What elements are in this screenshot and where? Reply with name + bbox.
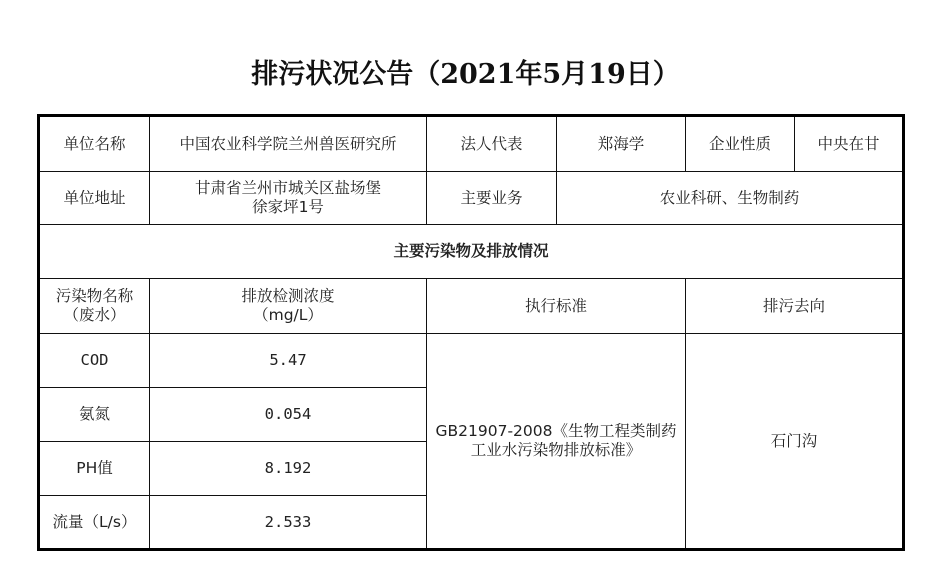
- pollutant-name: 氨氮: [39, 388, 150, 442]
- discharge-report-table: 单位名称 中国农业科学院兰州兽医研究所 法人代表 郑海学 企业性质 中央在甘 单…: [37, 114, 905, 551]
- address-row: 单位地址 甘肃省兰州市城关区盐场堡 徐家坪1号 主要业务 农业科研、生物制药: [39, 172, 904, 225]
- pollutant-value: 8.192: [150, 442, 427, 496]
- pollutant-value: 0.054: [150, 388, 427, 442]
- discharge-destination: 石门沟: [686, 334, 904, 550]
- unit-name-label: 单位名称: [39, 116, 150, 172]
- header-pollutant-name: 污染物名称 （废水）: [39, 279, 150, 334]
- pollutant-value: 5.47: [150, 334, 427, 388]
- enterprise-type-value: 中央在甘: [795, 116, 904, 172]
- legal-rep-value: 郑海学: [557, 116, 686, 172]
- pollutant-name: PH值: [39, 442, 150, 496]
- main-business-label: 主要业务: [427, 172, 557, 225]
- unit-name-value: 中国农业科学院兰州兽医研究所: [150, 116, 427, 172]
- legal-rep-label: 法人代表: [427, 116, 557, 172]
- header-concentration: 排放检测浓度 （mg/L）: [150, 279, 427, 334]
- address-label: 单位地址: [39, 172, 150, 225]
- page-title: 排污状况公告（2021年5月19日）: [0, 52, 931, 91]
- table-row: COD 5.47 GB21907-2008《生物工程类制药 工业水污染物排放标准…: [39, 334, 904, 388]
- header-standard: 执行标准: [427, 279, 686, 334]
- pollutant-header-row: 污染物名称 （废水） 排放检测浓度 （mg/L） 执行标准 排污去向: [39, 279, 904, 334]
- main-business-value: 农业科研、生物制药: [557, 172, 904, 225]
- pollutant-name: 流量（L/s）: [39, 496, 150, 550]
- section-row: 主要污染物及排放情况: [39, 225, 904, 279]
- pollutant-value: 2.533: [150, 496, 427, 550]
- discharge-standard: GB21907-2008《生物工程类制药 工业水污染物排放标准》: [427, 334, 686, 550]
- header-destination: 排污去向: [686, 279, 904, 334]
- pollutant-name: COD: [39, 334, 150, 388]
- enterprise-type-label: 企业性质: [686, 116, 795, 172]
- address-value: 甘肃省兰州市城关区盐场堡 徐家坪1号: [150, 172, 427, 225]
- unit-name-row: 单位名称 中国农业科学院兰州兽医研究所 法人代表 郑海学 企业性质 中央在甘: [39, 116, 904, 172]
- section-title: 主要污染物及排放情况: [39, 225, 904, 279]
